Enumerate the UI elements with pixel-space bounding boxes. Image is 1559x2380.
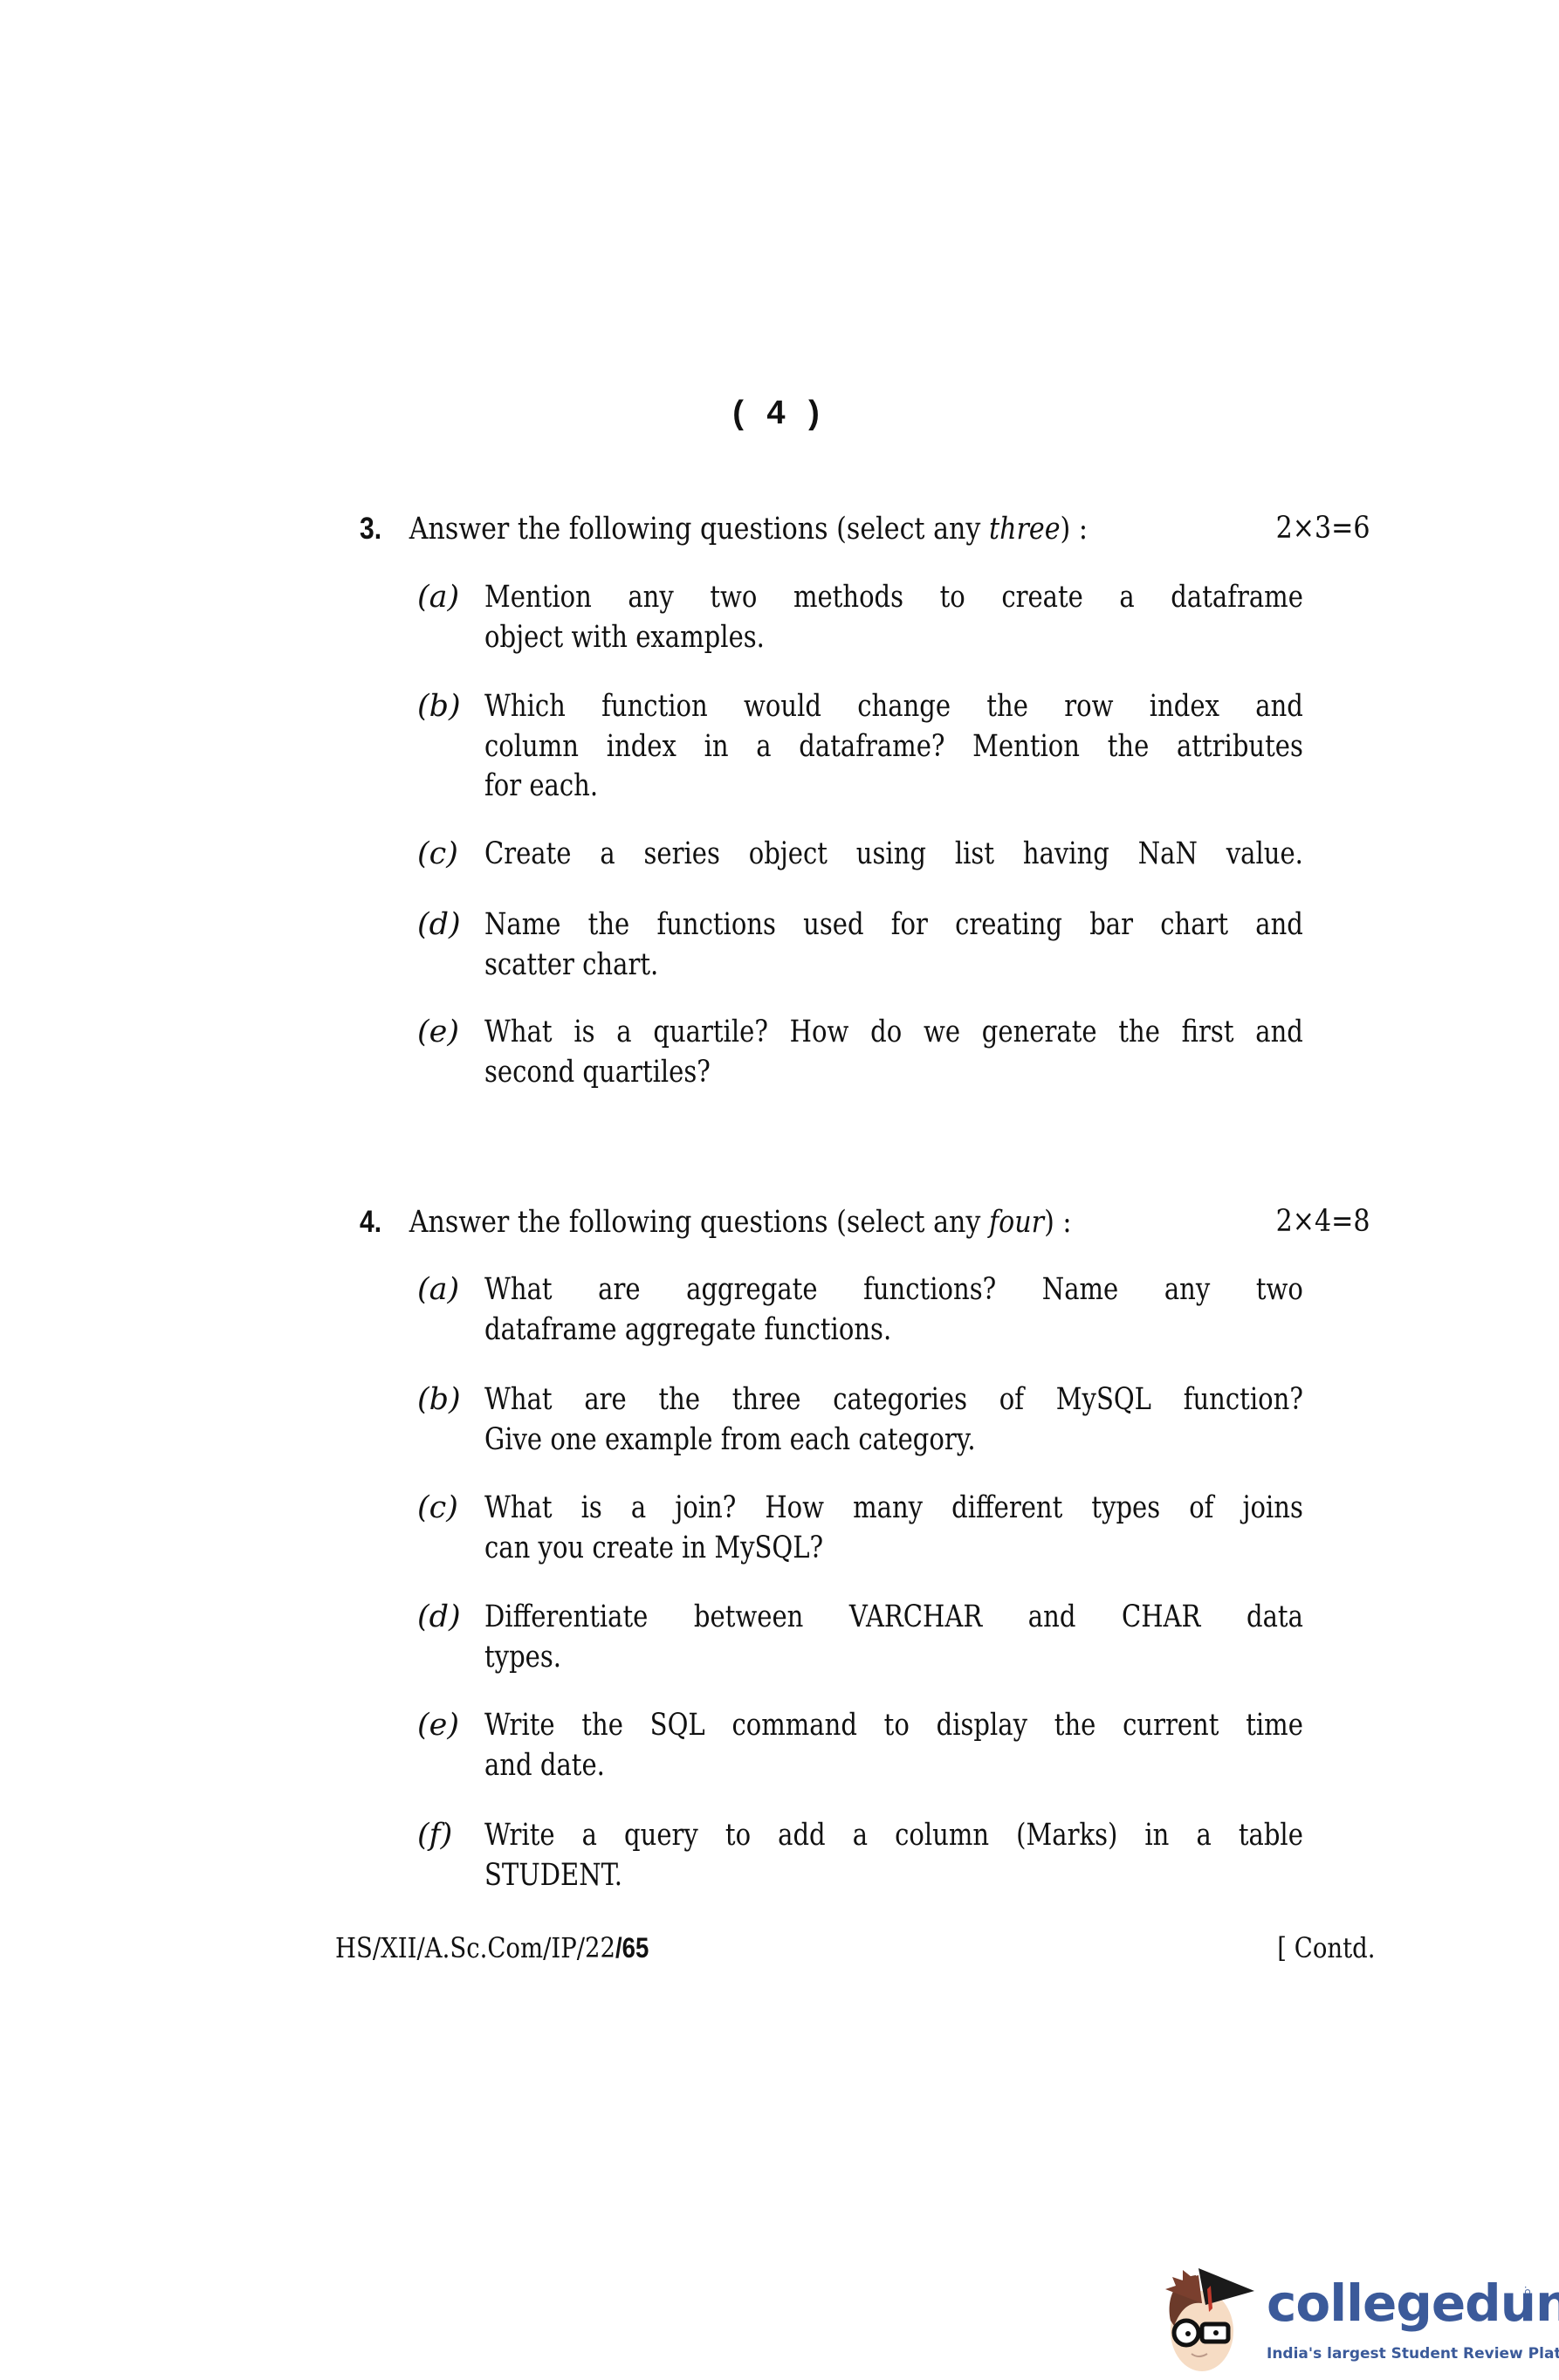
question-4-heading: 4.Answer the following questions (select… xyxy=(360,1202,1235,1242)
part-label: (f) xyxy=(417,1816,452,1856)
student-mascot-icon xyxy=(1157,2251,1265,2380)
question-number: 3. xyxy=(360,509,409,548)
paper-code: HS/XII/A.Sc.Com/IP/22/65 xyxy=(335,1931,649,1964)
part-label: (a) xyxy=(417,578,459,618)
part-label: (e) xyxy=(417,1706,459,1746)
part-text: Differentiate between VARCHAR and CHAR d… xyxy=(484,1598,1303,1677)
part-label: (a) xyxy=(417,1270,459,1310)
part-label: (c) xyxy=(417,835,458,875)
logo-suffix: .com xyxy=(1522,2286,1534,2309)
logo-wordmark: collegedunia xyxy=(1267,2273,1559,2333)
part-label: (c) xyxy=(417,1489,458,1529)
collegedunia-logo: collegedunia .com India's largest Studen… xyxy=(1157,2251,1559,2380)
question-marks: 2×3=6 xyxy=(1276,509,1370,548)
part-text: Which function would change the row inde… xyxy=(484,687,1303,807)
logo-tagline: India's largest Student Review Platform xyxy=(1267,2345,1559,2363)
part-label: (e) xyxy=(417,1013,459,1053)
part-text: What are the three categories of MySQL f… xyxy=(484,1380,1303,1460)
part-text: What is a quartile? How do we generate t… xyxy=(484,1013,1303,1092)
part-text: What is a join? How many different types… xyxy=(484,1489,1303,1568)
question-number: 4. xyxy=(360,1202,409,1242)
part-text: What are aggregate functions? Name any t… xyxy=(484,1270,1303,1350)
continued-marker: [ Contd. xyxy=(1278,1931,1376,1964)
part-text: Create a series object using list having… xyxy=(484,835,1303,875)
part-label: (b) xyxy=(417,687,461,727)
part-text: Name the functions used for creating bar… xyxy=(484,905,1303,985)
page-number: ( 4 ) xyxy=(0,395,1559,432)
part-text: Write the SQL command to display the cur… xyxy=(484,1706,1303,1785)
part-text: Mention any two methods to create a data… xyxy=(484,578,1303,657)
part-label: (d) xyxy=(417,905,461,946)
question-3-heading: 3.Answer the following questions (select… xyxy=(360,509,1235,549)
part-text: Write a query to add a column (Marks) in… xyxy=(484,1816,1303,1895)
question-marks: 2×4=8 xyxy=(1276,1202,1370,1242)
question-prompt: Answer the following questions (select a… xyxy=(409,1205,1072,1240)
part-label: (d) xyxy=(417,1598,461,1638)
part-label: (b) xyxy=(417,1380,461,1420)
question-prompt: Answer the following questions (select a… xyxy=(409,512,1088,547)
